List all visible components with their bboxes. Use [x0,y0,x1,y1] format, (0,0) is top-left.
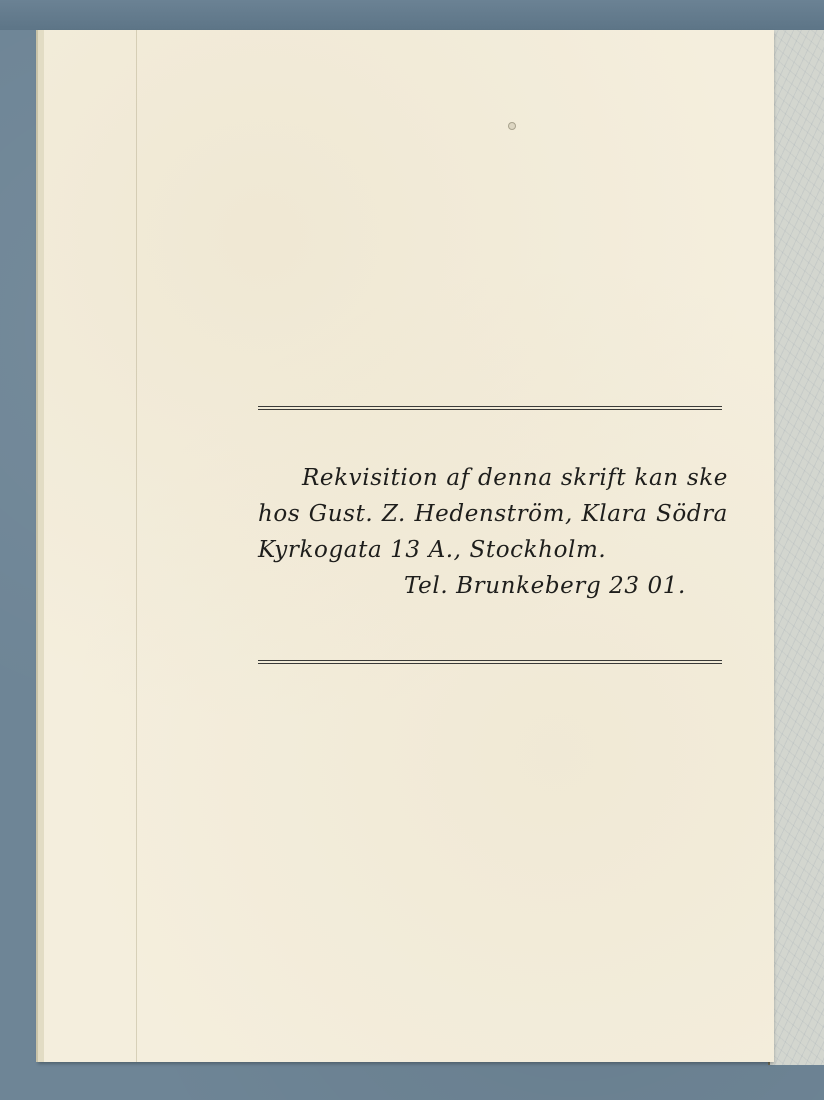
notice-line-telephone: Tel. Brunkeberg 23 01. [258,568,728,604]
double-rule-bottom [258,660,722,664]
notice-line-3: Kyrkogata 13 A., Stockholm. [258,532,728,568]
document-page: Rekvisition af denna skrift kan ske hos … [38,30,774,1062]
scan-backdrop [0,0,824,30]
notice-line-1: Rekvisition af denna skrift kan ske [258,460,728,496]
ordering-notice: Rekvisition af denna skrift kan ske hos … [258,460,728,604]
page-fold-line [136,30,137,1062]
paper-speck [508,122,516,130]
adjacent-sheet-edge [768,30,824,1065]
double-rule-top [258,406,722,410]
notice-line-2: hos Gust. Z. Hedenström, Klara Södra [258,496,728,532]
